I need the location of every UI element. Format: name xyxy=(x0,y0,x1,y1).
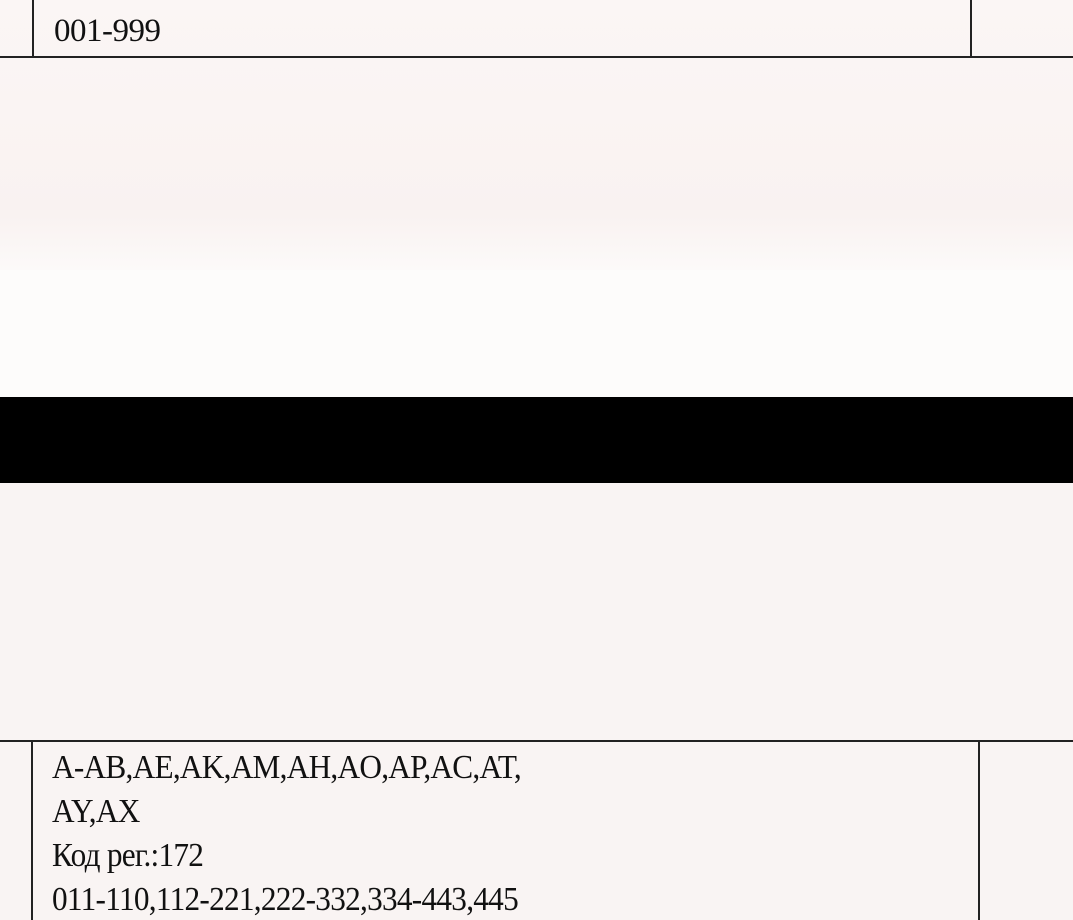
region-code-line: Код рег.:172 xyxy=(52,834,521,878)
redaction-bar xyxy=(0,397,1073,483)
table-cell-content: A-AB,AE,AK,AM,AH,AO,AP,AC,AT, AY,AX Код … xyxy=(52,746,521,920)
top-table-fragment: 001-999 xyxy=(0,0,1073,58)
series-codes-line-2: AY,AX xyxy=(52,790,521,834)
number-ranges-line: 011-110,112-221,222-332,334-443,445 xyxy=(52,878,521,920)
table-border-top xyxy=(0,740,1073,742)
table-border-left xyxy=(31,741,33,920)
bottom-table-fragment: A-AB,AE,AK,AM,AH,AO,AP,AC,AT, AY,AX Код … xyxy=(0,738,1073,920)
table-border-bottom xyxy=(0,56,1073,58)
table-border-right xyxy=(978,741,980,920)
series-codes-line-1: A-AB,AE,AK,AM,AH,AO,AP,AC,AT, xyxy=(52,746,521,790)
number-range-text: 001-999 xyxy=(54,13,161,49)
table-border-left xyxy=(32,0,34,57)
table-border-right xyxy=(970,0,972,57)
paper-background-middle xyxy=(0,270,1073,397)
